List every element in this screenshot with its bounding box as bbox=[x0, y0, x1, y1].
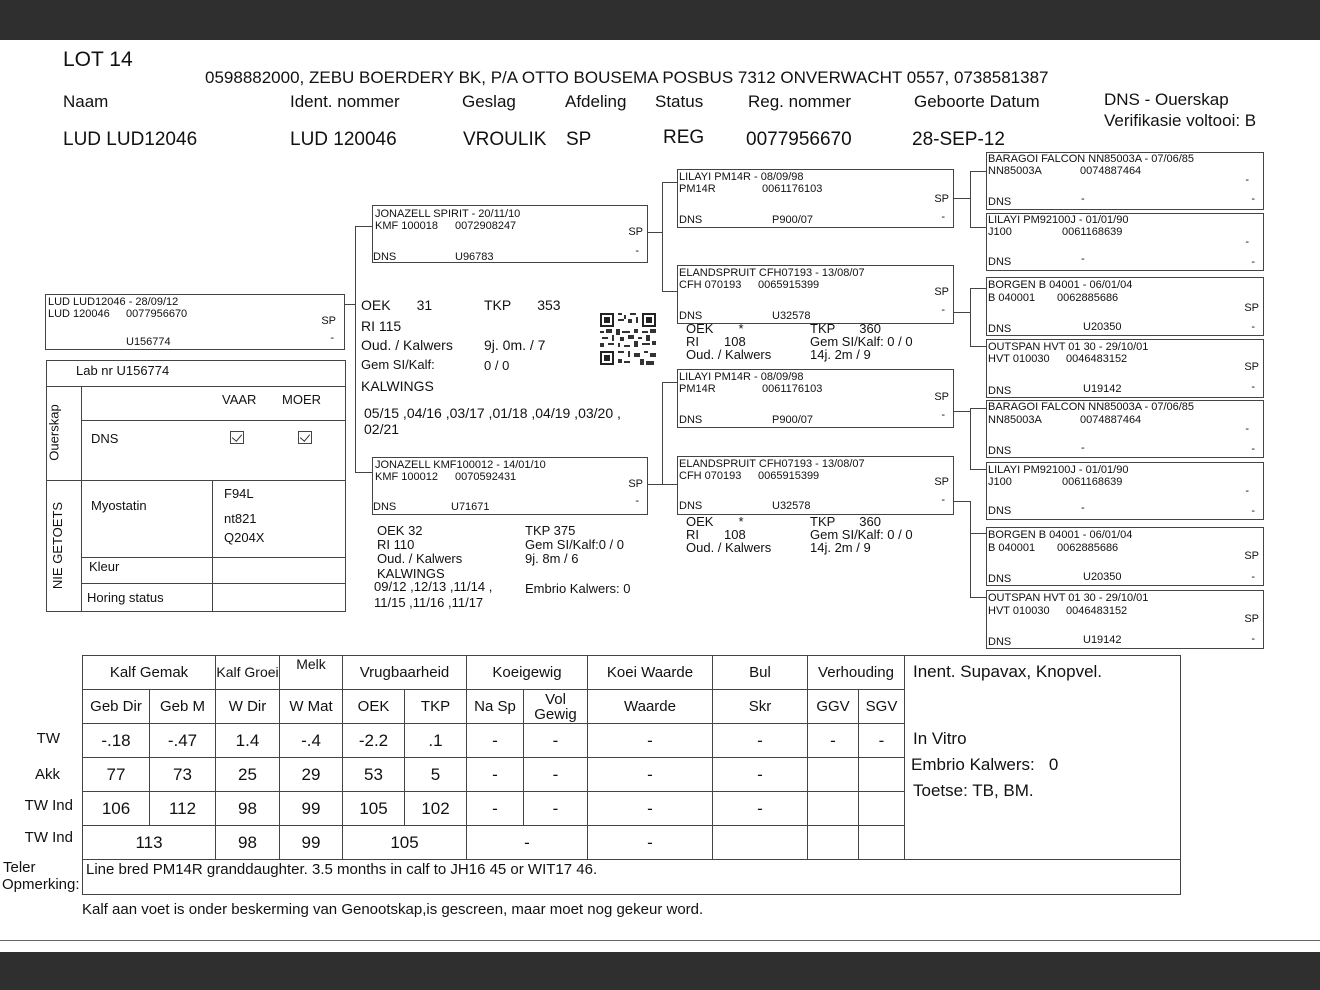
breeding-values-table: Kalf Gemak Kalf Groei Melk Vrugbaarheid … bbox=[82, 655, 1181, 895]
myostatin-q204x: Q204X bbox=[224, 530, 264, 545]
pedigree-ggp-2: LILAYI PM92100J - 01/01/90 J100 00611686… bbox=[986, 213, 1264, 271]
dns-row-label: DNS bbox=[91, 431, 118, 446]
dns-verifikasie: Verifikasie voltooi: B bbox=[1104, 111, 1256, 131]
sire-gem: 0 / 0 bbox=[484, 358, 509, 373]
lab-results-panel: Lab nr U156774 Ouerskap NIE GETOETS VAAR… bbox=[46, 360, 346, 612]
ouerskap-label: Ouerskap bbox=[47, 404, 62, 460]
group-koeigewig: Koeigewig bbox=[467, 656, 588, 690]
value-geslag: VROULIK bbox=[463, 129, 546, 151]
sire-tkp: TKP353 bbox=[484, 297, 561, 313]
inent-note: Inent. Supavax, Knopvel. bbox=[913, 662, 1102, 682]
myostatin-nt821: nt821 bbox=[224, 511, 257, 526]
row-label-tw: TW bbox=[0, 730, 60, 747]
pedigree-sire-sire: LILAYI PM14R - 08/09/98 PM14R 0061176103… bbox=[677, 169, 954, 228]
dam-ri: RI 110 bbox=[377, 537, 414, 552]
sire-oud: 9j. 0m. / 7 bbox=[484, 337, 545, 353]
sire-ri: RI 115 bbox=[361, 318, 401, 334]
group-bul: Bul bbox=[713, 656, 808, 690]
vaar-dns-checkbox[interactable] bbox=[230, 431, 244, 444]
dam-oud: 9j. 8m / 6 bbox=[525, 551, 578, 566]
myostatin-label: Myostatin bbox=[91, 498, 147, 513]
pedigree-dam: JONAZELL KMF100012 - 14/01/10 KMF 100012… bbox=[372, 457, 648, 515]
group-verhouding: Verhouding bbox=[808, 656, 905, 690]
pedigree-ggp-7: BORGEN B 04001 - 06/01/04 B 040001 00628… bbox=[986, 527, 1264, 586]
myostatin-f94l: F94L bbox=[224, 486, 254, 501]
dam-dam-stats-right: TKP360 Gem SI/Kalf: 0 / 0 14j. 2m / 9 bbox=[810, 515, 913, 554]
pedigree-dam-sire: LILAYI PM14R - 08/09/98 PM14R 0061176103… bbox=[677, 369, 954, 428]
label-naam: Naam bbox=[63, 92, 108, 112]
value-status: REG bbox=[663, 127, 704, 149]
pedigree-ggp-5: BARAGOI FALCON NN85003A - 07/06/85 NN850… bbox=[986, 400, 1264, 458]
pedigree-animal: LUD LUD12046 - 28/09/12 LUD 120046 00779… bbox=[45, 294, 345, 350]
value-geboorte: 28-SEP-12 bbox=[912, 129, 1005, 151]
group-koei-waarde: Koei Waarde bbox=[588, 656, 713, 690]
value-naam: LUD LUD12046 bbox=[63, 129, 197, 151]
notes-cell: Inent. Supavax, Knopvel. In Vitro Embrio… bbox=[905, 656, 1181, 860]
group-kalf-gemak: Kalf Gemak bbox=[83, 656, 216, 690]
footer-note: Kalf aan voet is onder beskerming van Ge… bbox=[82, 901, 703, 918]
dam-gem: Gem SI/Kalf:0 / 0 bbox=[525, 537, 624, 552]
in-vitro-note: In Vitro bbox=[913, 729, 967, 749]
embrio-note: Embrio Kalwers: 0 bbox=[911, 755, 1058, 775]
label-geslag: Geslag bbox=[462, 92, 516, 112]
horing-status-label: Horing status bbox=[87, 590, 164, 605]
group-vrugbaarheid: Vrugbaarheid bbox=[343, 656, 467, 690]
qr-code-icon bbox=[600, 313, 656, 365]
remarks-row: Line bred PM14R granddaughter. 3.5 month… bbox=[83, 860, 1181, 895]
remarks-text: Line bred PM14R granddaughter. 3.5 month… bbox=[83, 860, 1181, 895]
dam-oek: OEK 32 bbox=[377, 523, 423, 538]
dam-kalwings-dates2: 11/15 ,11/16 ,11/17 bbox=[374, 595, 483, 610]
vaar-header: VAAR bbox=[222, 392, 256, 407]
pedigree-ggp-3: BORGEN B 04001 - 06/01/04 B 040001 00628… bbox=[986, 277, 1264, 336]
pedigree-sire: JONAZELL SPIRIT - 20/11/10 KMF 100018 00… bbox=[372, 205, 648, 263]
pedigree-ggp-1: BARAGOI FALCON NN85003A - 07/06/85 NN850… bbox=[986, 152, 1264, 210]
row-label-tw-ind-2: TW Ind bbox=[13, 829, 73, 846]
dam-kalwings-dates1: 09/12 ,12/13 ,11/14 , bbox=[374, 579, 492, 594]
owner-line: 0598882000, ZEBU BOERDERY BK, P/A OTTO B… bbox=[205, 68, 1049, 88]
label-geboorte: Geboorte Datum bbox=[914, 92, 1040, 112]
value-ident: LUD 120046 bbox=[290, 129, 397, 151]
bottom-bar bbox=[0, 952, 1320, 990]
value-afdeling: SP bbox=[566, 129, 591, 151]
label-reg: Reg. nommer bbox=[748, 92, 851, 112]
pedigree-dam-dam: ELANDSPRUIT CFH07193 - 13/08/07 CFH 0701… bbox=[677, 456, 954, 515]
sire-kalwings: KALWINGS bbox=[361, 378, 434, 394]
lab-number: Lab nr U156774 bbox=[76, 363, 169, 378]
toetse-note: Toetse: TB, BM. bbox=[913, 781, 1034, 801]
kleur-label: Kleur bbox=[89, 559, 119, 574]
dam-oud-label: Oud. / Kalwers bbox=[377, 551, 462, 566]
sire-oud-label: Oud. / Kalwers bbox=[361, 337, 453, 353]
pedigree-ggp-6: LILAYI PM92100J - 01/01/90 J100 00611686… bbox=[986, 462, 1264, 520]
group-melk: Melk bbox=[280, 656, 343, 690]
page-bottom-rule bbox=[0, 940, 1320, 941]
remarks-label-2: Opmerking: bbox=[2, 876, 80, 893]
dam-embrio: Embrio Kalwers: 0 bbox=[525, 581, 630, 596]
lot-title: LOT 14 bbox=[63, 48, 133, 72]
sire-kalwings-dates1: 05/15 ,04/16 ,03/17 ,01/18 ,04/19 ,03/20… bbox=[364, 405, 621, 421]
pedigree-ggp-8: OUTSPAN HVT 01 30 - 29/10/01 HVT 010030 … bbox=[986, 590, 1264, 649]
sire-dam-stats-right: TKP360 Gem SI/Kalf: 0 / 0 14j. 2m / 9 bbox=[810, 322, 913, 361]
sire-gem-label: Gem SI/Kalf: bbox=[361, 357, 435, 372]
moer-dns-checkbox[interactable] bbox=[298, 431, 312, 444]
label-ident: Ident. nommer bbox=[290, 92, 400, 112]
pedigree-sire-dam: ELANDSPRUIT CFH07193 - 13/08/07 CFH 0701… bbox=[677, 265, 954, 324]
value-reg: 0077956670 bbox=[746, 129, 852, 151]
remarks-label-1: Teler bbox=[3, 859, 36, 876]
top-bar bbox=[0, 0, 1320, 40]
sire-oek: OEK31 bbox=[361, 297, 432, 313]
row-label-akk: Akk bbox=[0, 766, 60, 783]
label-status: Status bbox=[655, 92, 703, 112]
dam-dam-stats: OEK* RI108 Oud. / Kalwers bbox=[686, 515, 771, 554]
group-kalf-groei: Kalf Groei bbox=[216, 656, 280, 690]
sire-dam-stats: OEK* RI108 Oud. / Kalwers bbox=[686, 322, 771, 361]
sire-kalwings-dates2: 02/21 bbox=[364, 421, 399, 437]
dns-ouerskap: DNS - Ouerskap bbox=[1104, 90, 1229, 110]
dam-tkp: TKP 375 bbox=[525, 523, 575, 538]
label-afdeling: Afdeling bbox=[565, 92, 626, 112]
moer-header: MOER bbox=[282, 392, 321, 407]
row-label-tw-ind: TW Ind bbox=[13, 797, 73, 814]
pedigree-ggp-4: OUTSPAN HVT 01 30 - 29/10/01 HVT 010030 … bbox=[986, 339, 1264, 398]
nie-getoets-label: NIE GETOETS bbox=[50, 502, 65, 589]
